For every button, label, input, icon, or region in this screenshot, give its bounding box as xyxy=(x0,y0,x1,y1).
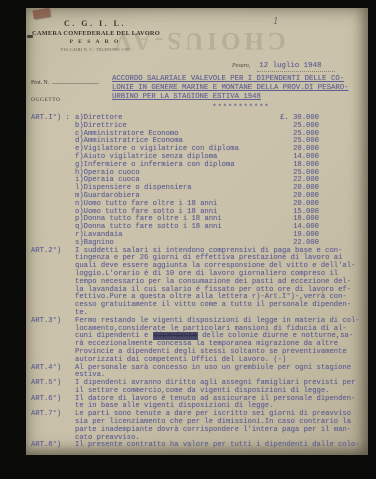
article-2-label: ART.2°) xyxy=(31,248,75,256)
article-8: ART.8°) Il presente contratto ha valore … xyxy=(31,442,365,450)
salary-table: a)Direttore£. 30.000 b)Direttrice25.000 … xyxy=(75,115,365,248)
tape-stain-mark xyxy=(32,8,50,19)
article-6: ART.6°) Il datore di lavoro é tenuto ad … xyxy=(31,396,365,412)
article-5-text: I dipendenti avranno diritto agli assegn… xyxy=(75,380,365,396)
date-value: 12 luglio 1948 xyxy=(257,62,335,72)
letterhead: C. G. I. L. CAMERA CONFEDERALE DEL LAVOR… xyxy=(32,19,158,52)
oggetto-label: OGGETTO xyxy=(31,97,61,103)
protocol-number-field: Prot. N. xyxy=(31,79,99,86)
org-acronym: C. G. I. L. xyxy=(32,19,158,28)
document-body: ART.I°) : a)Direttore£. 30.000 b)Direttr… xyxy=(31,115,365,450)
article-3-text: Fermo restando le vigenti disposizioni d… xyxy=(75,318,365,365)
subject-text: ACCORDO SALARIALE VALEVOLE PER I DIPENDE… xyxy=(112,75,368,102)
salary-row: r)Lavandaia19.000 xyxy=(75,232,365,240)
article-7-label: ART.7°) xyxy=(31,411,75,419)
article-3-label: ART.3°) xyxy=(31,318,75,326)
pencil-page-number: 1 xyxy=(273,17,279,27)
article-7-text: Le parti sono tenute a dare per iscritto… xyxy=(75,411,365,442)
org-address-line: VIA CAIRI N. 5 - TELEFONO 1-50 xyxy=(32,47,158,52)
article-2: ART.2°) I suddetti salari si intendono c… xyxy=(31,248,365,318)
org-city: P E S A R O xyxy=(32,39,158,45)
prot-blank-line xyxy=(52,79,99,84)
place-label: Pesaro, xyxy=(232,63,250,69)
article-6-text: Il datore di lavoro é tenuto ad assicura… xyxy=(75,396,365,412)
article-4: ART.4°) Al personale sarà concesso in us… xyxy=(31,365,365,381)
subject-separator: *********** xyxy=(112,104,368,112)
article-4-text: Al personale sarà concesso in uso un gre… xyxy=(75,365,365,381)
article-6-label: ART.6°) xyxy=(31,396,75,404)
article-8-text: Il presente contratto ha valore per tutt… xyxy=(75,442,365,450)
article-1-label: ART.I°) : xyxy=(31,115,75,123)
article-7: ART.7°) Le parti sono tenute a dare per … xyxy=(31,411,365,442)
org-name: CAMERA CONFEDERALE DEL LAVORO xyxy=(32,30,158,37)
prot-label: Prot. N. xyxy=(31,80,49,86)
article-2-text: I suddetti salari si intendono comprensi… xyxy=(75,248,365,318)
article-5-label: ART.5°) xyxy=(31,380,75,388)
scanner-background: { "artifacts": { "page_number_pencil": "… xyxy=(0,0,376,479)
article-1: ART.I°) : a)Direttore£. 30.000 b)Direttr… xyxy=(31,115,365,248)
date-line: Pesaro,12 luglio 1948 xyxy=(232,54,335,72)
article-8-label: ART.8°) xyxy=(31,442,75,450)
article-4-label: ART.4°) xyxy=(31,365,75,373)
article-3: ART.3°) Fermo restando le vigenti dispos… xyxy=(31,318,365,365)
scanned-document-page: CHOIUS-AV 1 C. G. I. L. CAMERA CONFEDERA… xyxy=(26,8,368,455)
article-5: ART.5°) I dipendenti avranno diritto agl… xyxy=(31,380,365,396)
